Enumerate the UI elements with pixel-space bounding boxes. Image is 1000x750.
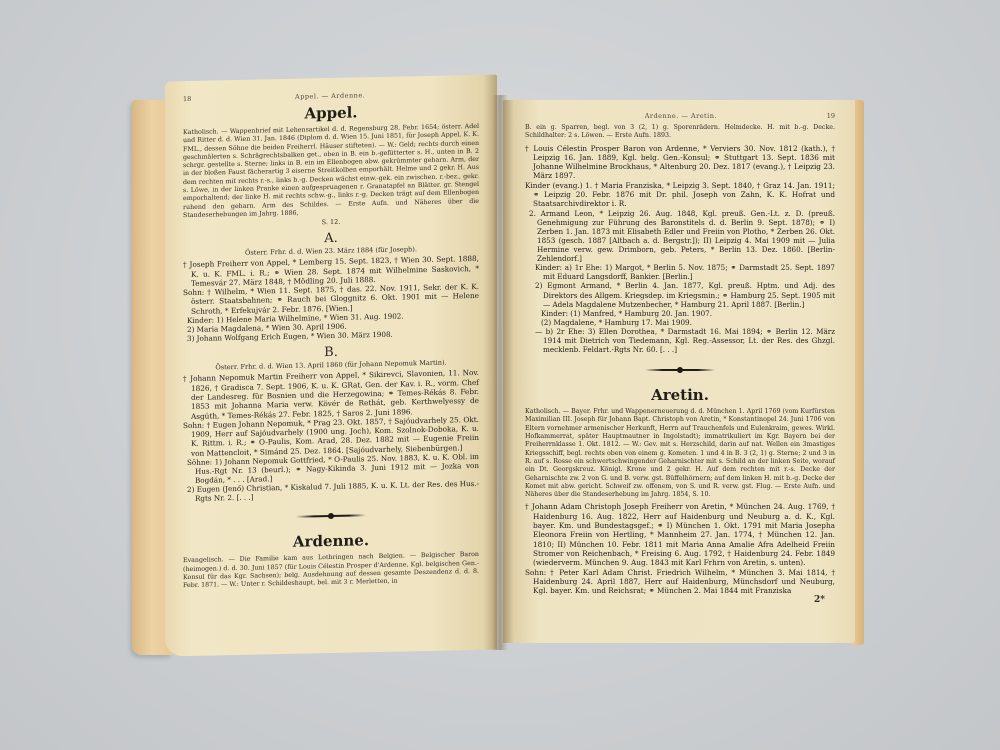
ornament-divider [645, 366, 715, 374]
appel-intro: Katholisch. — Wappenbrief mit Lehensarti… [183, 123, 479, 220]
ardenne-armand-entry: 2. Armand Leon, * Leipzig 26. Aug. 1848,… [525, 209, 835, 264]
ardenne-armand-child: 2) Egmont Armand, * Berlin 4. Jan. 1877,… [525, 281, 835, 308]
running-head: Appel. — Ardenne. [191, 89, 469, 103]
family-title-ardenne: Ardenne. [183, 529, 479, 553]
family-title-aretin: Aretin. [525, 386, 835, 404]
ardenne-children-header: Kinder (evang.) 1. † Maria Franziska, * … [525, 181, 835, 209]
aretin-son: Sohn: † Peter Karl Adam Christ. Friedric… [525, 568, 835, 596]
ardenne-continuation: B. ein g. Sparren, begl. von 3 (2, 1) g.… [525, 124, 835, 141]
ornament-divider [296, 512, 366, 521]
right-running-header: Ardenne. — Aretin. 19 [525, 112, 835, 120]
section-b-main-entry: † Johann Nepomuk Martin Freiherr von App… [183, 368, 479, 421]
printer-signature-mark: 2* [814, 595, 825, 605]
page-number: 18 [183, 95, 191, 103]
ardenne-main-entry: † Louis Célestin Prosper Baron von Arden… [525, 144, 835, 181]
ardenne-intro: Evangelisch. — Die Familie kam aus Lothr… [183, 551, 479, 590]
open-book: 18 Appel. — Ardenne. Appel. Katholisch. … [0, 0, 1000, 750]
section-b-son: Sohn: † Eugen Johann Nepomuk, * Prag 23.… [183, 415, 479, 458]
page-number: 19 [827, 112, 835, 120]
left-page: 18 Appel. — Ardenne. Appel. Katholisch. … [165, 75, 497, 657]
right-page: Ardenne. — Aretin. 19 B. ein g. Sparren,… [503, 100, 855, 643]
ardenne-armand-grandchild: (2) Magdalene, * Hamburg 17. Mai 1909. [525, 318, 835, 327]
ardenne-armand-child: — b) 2r Ehe: 3) Ellen Dorothea, * Darmst… [525, 327, 835, 354]
running-head: Ardenne. — Aretin. [535, 112, 827, 120]
aretin-intro: Katholisch. — Bayer. Frhr. und Wappenern… [525, 408, 835, 499]
aretin-main-entry: † Johann Adam Christoph Joseph Freiherr … [525, 502, 835, 567]
ardenne-armand-grandchild: Kinder: (1) Manfred, * Hamburg 20. Jan. … [525, 309, 835, 318]
family-title-appel: Appel. [183, 101, 479, 125]
ardenne-armand-child: Kinder: a) 1r Ehe: 1) Margot, * Berlin 5… [525, 263, 835, 281]
